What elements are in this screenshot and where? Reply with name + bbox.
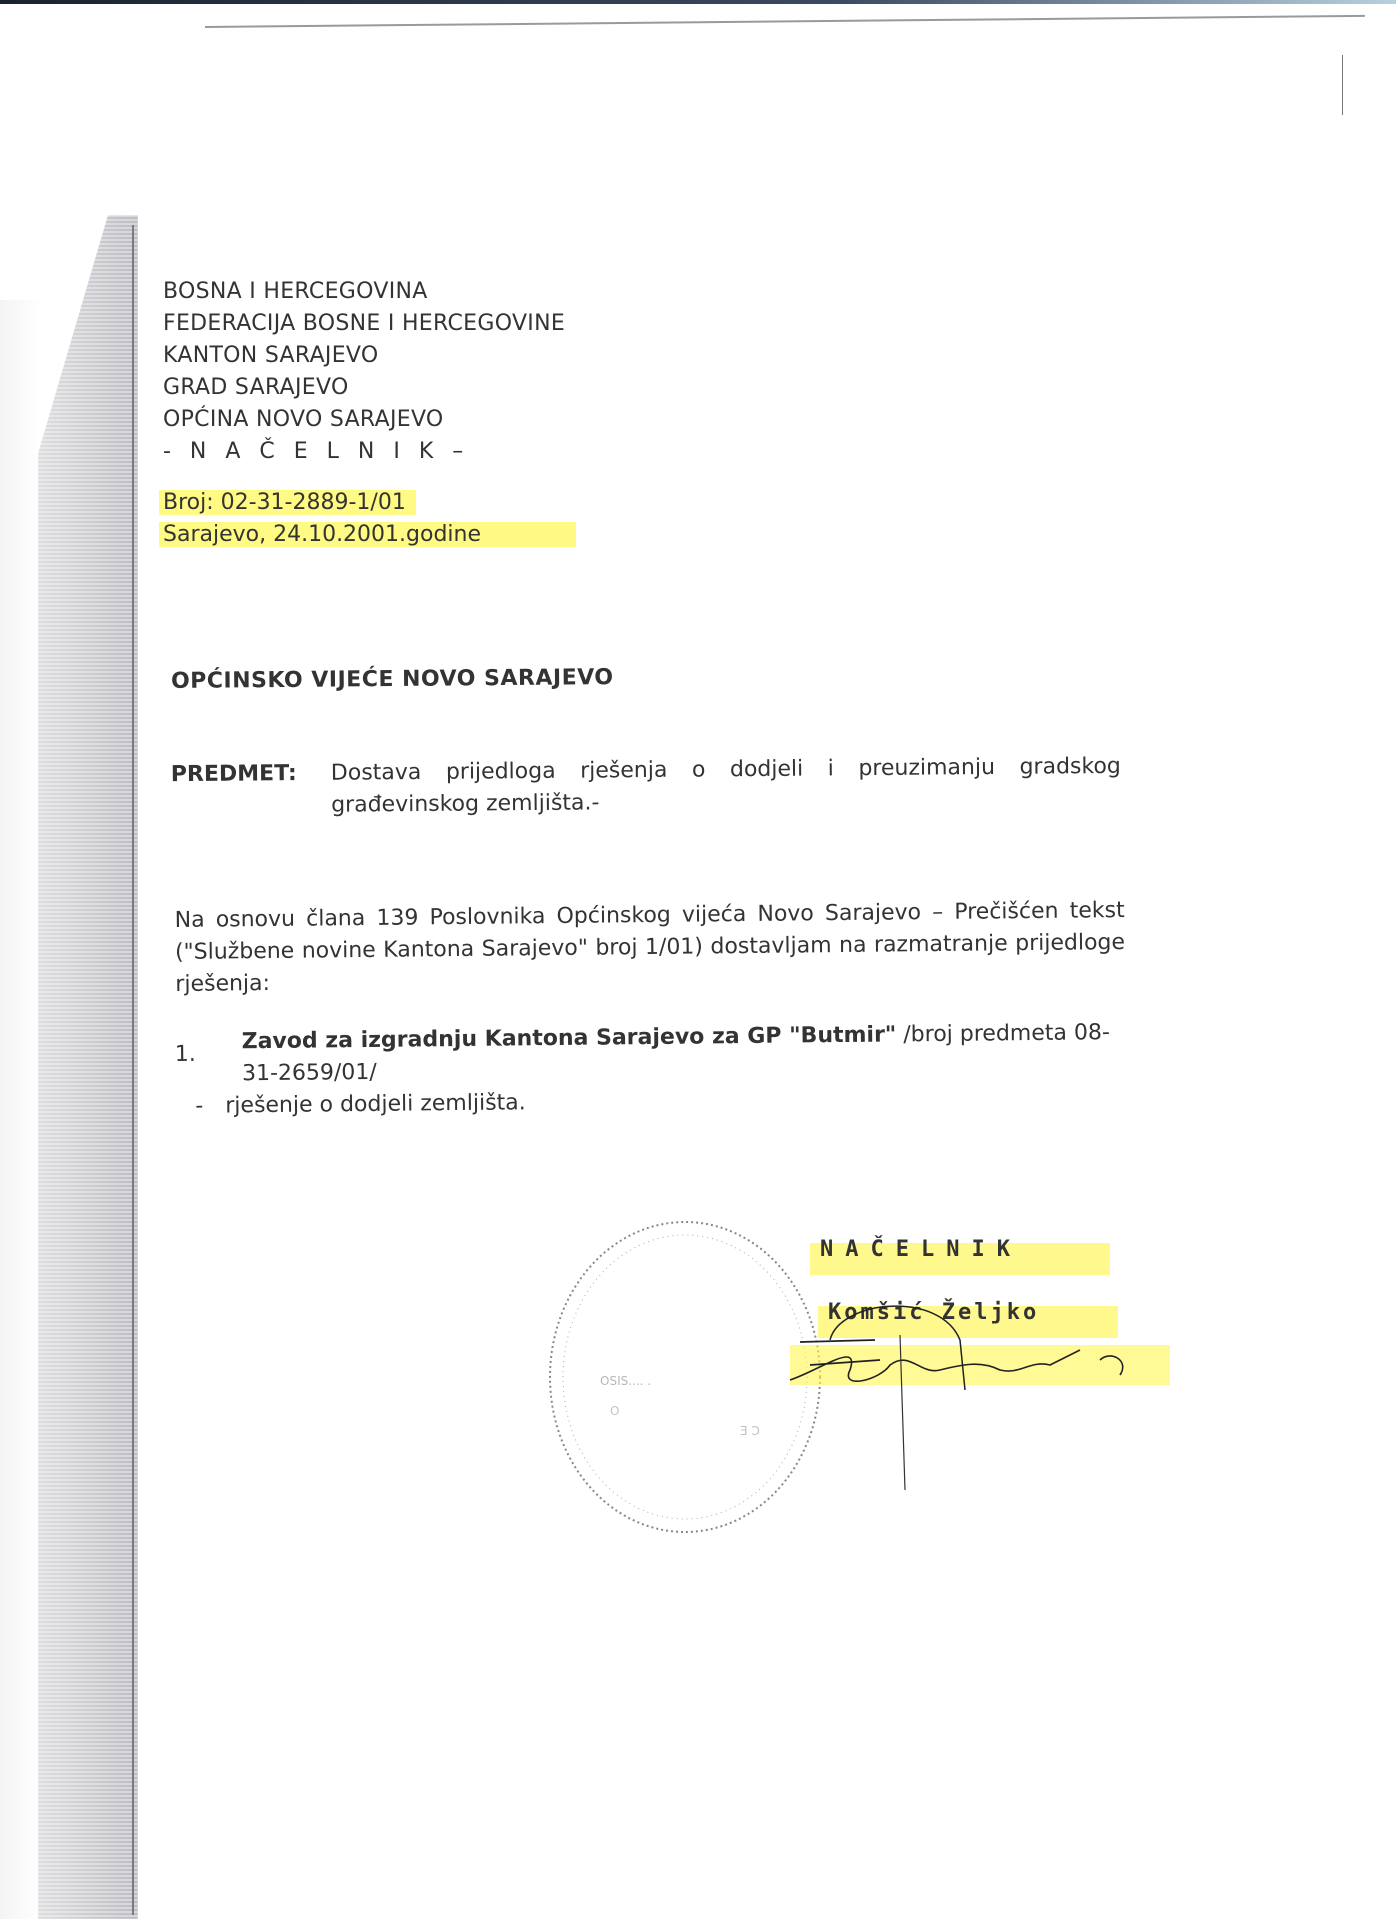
header-rule	[205, 15, 1365, 28]
page-edge	[132, 225, 134, 1915]
recipient: OPĆINSKO VIJEĆE NOVO SARAJEVO	[171, 665, 614, 694]
svg-text:Ǝ Ɔ: Ǝ Ɔ	[740, 1424, 760, 1438]
body-paragraph: Na osnovu člana 139 Poslovnika Općinskog…	[175, 895, 1126, 1001]
letterhead-line: FEDERACIJA BOSNE I HERCEGOVINE	[163, 308, 565, 340]
scan-top-edge	[0, 0, 1396, 4]
subject-label: PREDMET:	[171, 758, 297, 791]
scan-mark	[1342, 55, 1343, 115]
letterhead-line: KANTON SARAJEVO	[163, 340, 565, 372]
svg-text:OSIS.... .: OSIS.... .	[600, 1374, 651, 1388]
sub-item-text: rješenje o dodjeli zemljišta.	[225, 1090, 526, 1118]
place-date: Sarajevo, 24.10.2001.godine	[159, 522, 576, 547]
scan-shadow	[38, 215, 138, 1919]
subject-text: Dostava prijedloga rješenja o dodjeli i …	[331, 751, 1122, 822]
item-number: 1.	[175, 1039, 196, 1071]
letterhead: BOSNA I HERCEGOVINA FEDERACIJA BOSNE I H…	[163, 276, 565, 468]
letterhead-office: - N A Č E L N I K –	[163, 436, 565, 468]
reference-block: Broj: 02-31-2889-1/01 Sarajevo, 24.10.20…	[163, 487, 576, 551]
handwritten-signature	[780, 1280, 1180, 1500]
reference-number: Broj: 02-31-2889-1/01	[159, 490, 416, 515]
svg-text:O: O	[610, 1404, 619, 1418]
item-title: Zavod za izgradnju Kantona Sarajevo za G…	[242, 1022, 897, 1054]
subject: PREDMET: Dostava prijedloga rješenja o d…	[171, 751, 1122, 823]
list-item: 1. Zavod za izgradnju Kantona Sarajevo z…	[175, 1017, 1126, 1123]
signatory-title: NAČELNIK	[820, 1237, 1022, 1262]
bullet-dash: -	[195, 1094, 203, 1119]
letterhead-line: OPĆINA NOVO SARAJEVO	[163, 404, 565, 436]
scan-background	[0, 300, 40, 1919]
letterhead-line: GRAD SARAJEVO	[163, 372, 565, 404]
letterhead-line: BOSNA I HERCEGOVINA	[163, 276, 565, 308]
